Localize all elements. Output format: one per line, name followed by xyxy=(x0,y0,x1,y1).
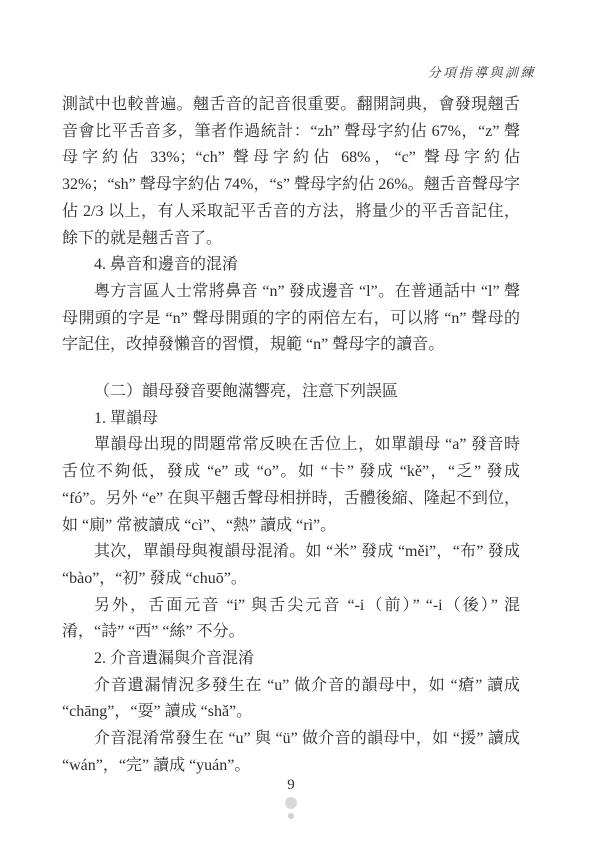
decorative-dot-large-icon xyxy=(285,797,297,809)
numbered-heading-2: 2. 介音遺漏與介音混淆 xyxy=(62,646,520,673)
numbered-heading-4: 4. 鼻音和邊音的混淆 xyxy=(62,252,520,279)
numbered-heading-1: 1. 單韻母 xyxy=(62,406,520,433)
paragraph-continuation: 測試中也較普遍。翹舌音的記音很重要。翻開詞典，會發現翹舌音會比平舌音多，筆者作過… xyxy=(62,92,520,252)
page-body-text: 測試中也較普遍。翹舌音的記音很重要。翻開詞典，會發現翹舌音會比平舌音多，筆者作過… xyxy=(62,92,520,780)
paragraph: 粵方言區人士常將鼻音 “n” 發成邊音 “l”。在普通話中 “l” 聲母開頭的字… xyxy=(62,279,520,359)
section-heading-2: （二）韻母發音要飽滿響亮，注意下列誤區 xyxy=(62,379,520,406)
paragraph: 介音遺漏情況多發生在 “u” 做介音的韻母中，如 “瘡” 讀成 “chāng”，… xyxy=(62,673,520,726)
paragraph: 單韻母出現的問題常常反映在舌位上，如單韻母 “a” 發音時舌位不夠低，發成 “e… xyxy=(62,432,520,539)
paragraph: 另外，舌面元音 “i” 與舌尖元音 “-i（前）” “-i（後）” 混淆，“詩”… xyxy=(62,593,520,646)
book-page: 分項指導與訓練 測試中也較普遍。翹舌音的記音很重要。翻開詞典，會發現翹舌音會比平… xyxy=(0,0,600,851)
decorative-dot-small-icon xyxy=(288,813,294,819)
paragraph: 其次，單韻母與複韻母混淆。如 “米” 發成 “měi”，“布” 發成 “bào”… xyxy=(62,539,520,592)
page-footer: 9 xyxy=(62,776,520,819)
running-header: 分項指導與訓練 xyxy=(427,62,536,81)
paragraph: 介音混淆常發生在 “u” 與 “ü” 做介音的韻母中，如 “援” 讀成 “wán… xyxy=(62,726,520,779)
page-number: 9 xyxy=(62,776,520,794)
